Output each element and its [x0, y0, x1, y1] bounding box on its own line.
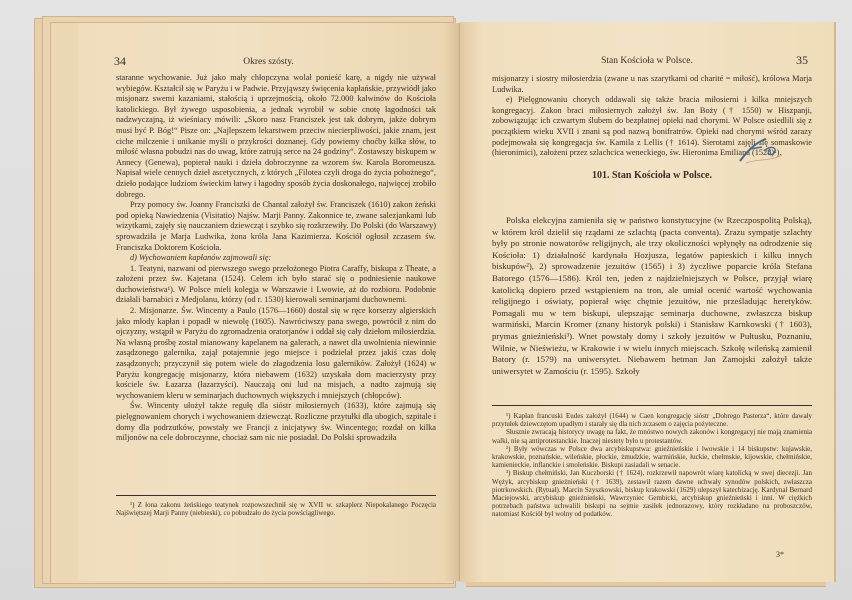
footnote: ¹) Z łona zakonu żeńskiego teatynek rozp…: [116, 501, 436, 517]
signature-mark: 3*: [776, 550, 784, 559]
footnote-rule: [116, 495, 436, 496]
handwritten-annotation-icon: [736, 135, 786, 165]
paragraph: staranne wychowanie. Już jako mały chłop…: [116, 73, 436, 200]
footnotes: ¹) Kapłan francuski Eudes założył (1644)…: [492, 412, 812, 519]
right-page-body-top: misjonarzy i siostry miłosierdzia (zwane…: [492, 74, 812, 189]
running-head: Okres szósty.: [78, 57, 459, 67]
footnote-rule: [492, 405, 812, 406]
paragraph: Polska elekcyjna zamieniła się w państwo…: [492, 215, 812, 377]
footnote-text: ¹) Z łona zakonu żeńskiego teatynek rozp…: [116, 501, 436, 517]
left-page-body: staranne wychowanie. Już jako mały chłop…: [116, 73, 436, 444]
right-page: Stan Kościoła w Polsce. 35 misjonarzy i …: [460, 22, 836, 582]
section-title: 101. Stan Kościoła w Polsce.: [492, 171, 812, 182]
footnote-text: ³) Biskup chełmiński, Jan Kuczborski († …: [492, 469, 812, 518]
left-page: 34 Okres szósty. staranne wychowanie. Ju…: [78, 23, 460, 581]
footnote-text: ²) Były wówczas w Polsce dwa arcybiskups…: [492, 445, 812, 470]
footnote-text: ¹) Kapłan francuski Eudes założył (1644)…: [492, 412, 812, 428]
paragraph: d) Wychowaniem kapłanów zajmowali się:: [116, 253, 436, 264]
running-head: Stan Kościoła w Polsce.: [460, 56, 834, 66]
paragraph: 2. Misjonarze. Św. Wincenty a Paulo (157…: [116, 306, 436, 401]
page-number: 35: [796, 53, 808, 68]
footnote-text: Słusznie zwracają historycy uwagę na fak…: [492, 428, 812, 444]
section-body: Polska elekcyjna zamieniła się w państwo…: [492, 215, 812, 377]
paragraph: 1. Teatyni, nazwani od pierwszego swego …: [116, 264, 436, 306]
paragraph: Św. Wincenty ułożył także regułę dla sió…: [116, 401, 436, 443]
paragraph: misjonarzy i siostry miłosierdzia (zwane…: [492, 74, 812, 95]
paragraph: Przy pomocy św. Joanny Franciszki de Cha…: [116, 200, 436, 253]
